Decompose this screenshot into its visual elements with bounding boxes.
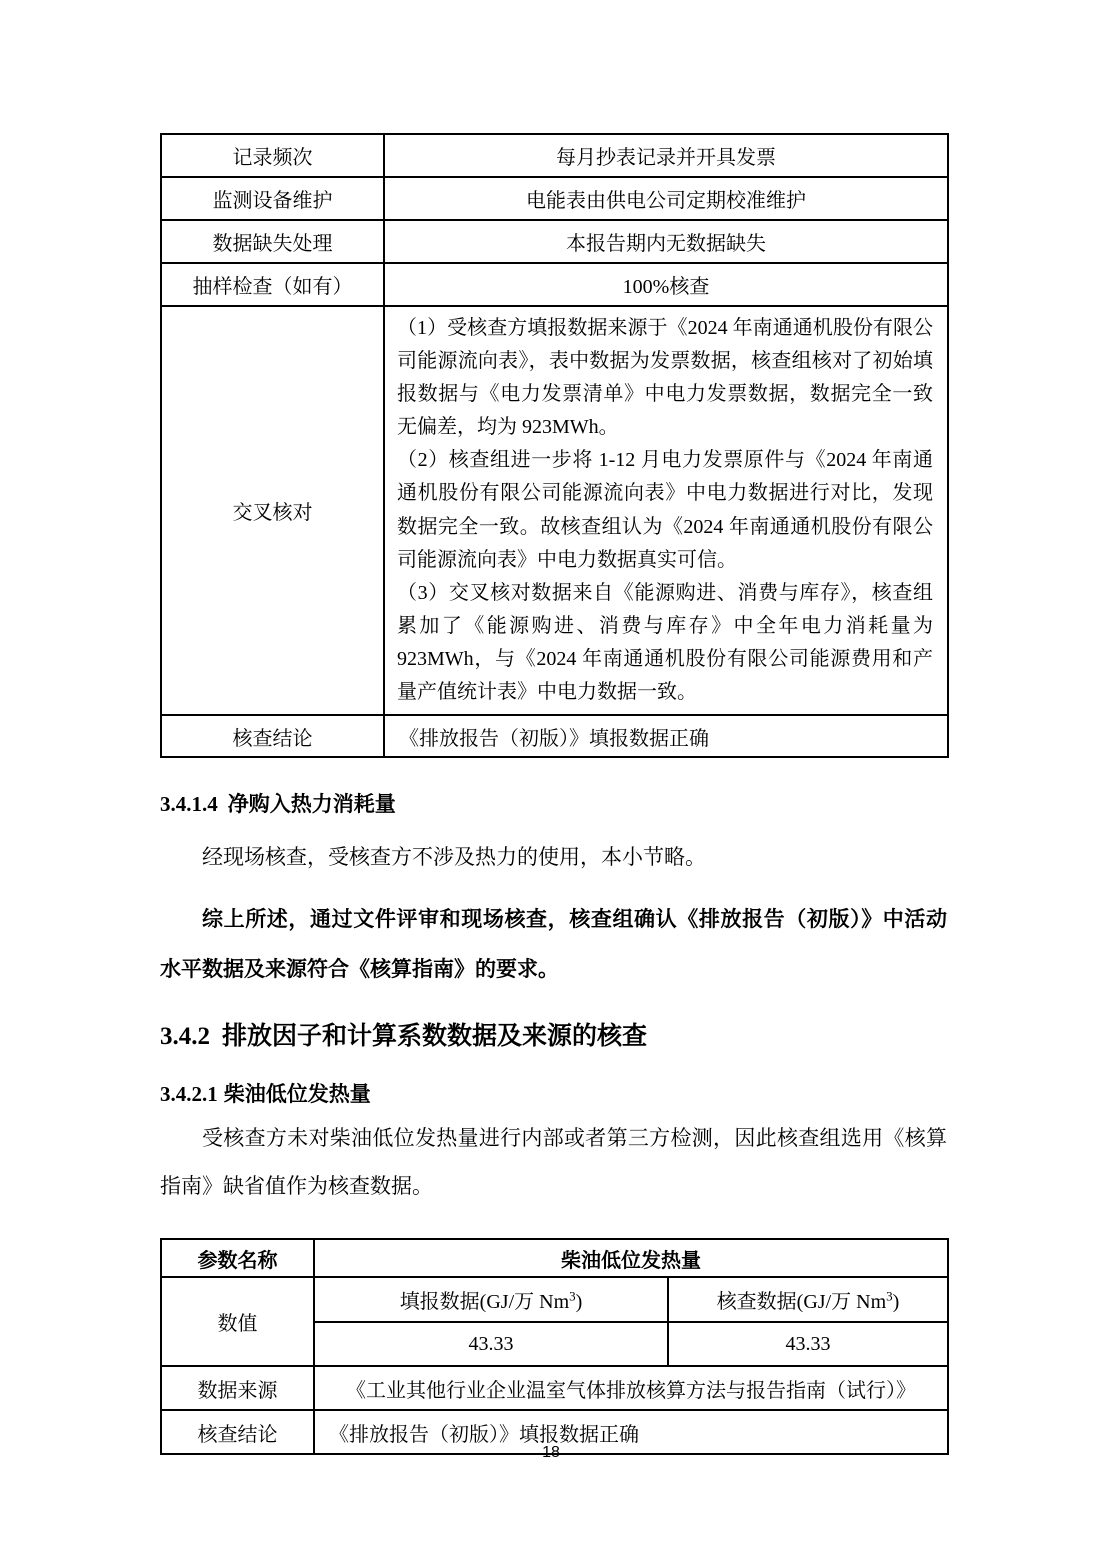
page-number: 18 [0, 1444, 1102, 1462]
cross-check-cell: （1）受核查方填报数据来源于《2024 年南通通机股份有限公司能源流向表》，表中… [384, 306, 948, 715]
table-row-conclusion: 核查结论 《排放报告（初版）》填报数据正确 [161, 715, 948, 757]
row-label: 记录频次 [161, 134, 384, 177]
paragraph-summary: 综上所述，通过文件评审和现场核查，核查组确认《排放报告（初版）》中活动水平数据及… [160, 894, 947, 994]
table-row-headers: 数值 填报数据(GJ/万 Nm3) 核查数据(GJ/万 Nm3) [161, 1277, 948, 1322]
row-label: 监测设备维护 [161, 177, 384, 220]
value-label: 数值 [161, 1277, 314, 1366]
section-title: 排放因子和计算系数数据及来源的核查 [222, 1023, 647, 1050]
header-text: ) [576, 1291, 583, 1313]
param-value: 柴油低位发热量 [314, 1239, 948, 1277]
row-label: 抽样检查（如有） [161, 263, 384, 306]
table-row-param: 参数名称 柴油低位发热量 [161, 1239, 948, 1277]
row-value: 本报告期内无数据缺失 [384, 220, 948, 263]
section-number: 3.4.2.1 [160, 1082, 218, 1106]
verified-data-header: 核查数据(GJ/万 Nm3) [668, 1277, 948, 1322]
row-label: 交叉核对 [161, 306, 384, 715]
header-text: 核查数据(GJ/万 Nm [717, 1291, 886, 1313]
table-row-source: 数据来源 《工业其他行业企业温室气体排放核算方法与报告指南（试行）》 [161, 1366, 948, 1410]
row-value: 100%核查 [384, 263, 948, 306]
row-label: 数据缺失处理 [161, 220, 384, 263]
reported-value: 43.33 [314, 1322, 668, 1366]
paragraph-diesel: 受核查方未对柴油低位发热量进行内部或者第三方检测，因此核查组选用《核算指南》缺省… [160, 1114, 947, 1210]
cross-check-paragraph: （3）交叉核对数据来自《能源购进、消费与库存》，核查组累加了《能源购进、消费与库… [397, 577, 933, 709]
document-page: 记录频次 每月抄表记录并开具发票 监测设备维护 电能表由供电公司定期校准维护 数… [0, 0, 1102, 1559]
section-heading-3421: 3.4.2.1柴油低位发热量 [160, 1078, 947, 1108]
row-label: 核查结论 [161, 715, 384, 757]
cross-check-paragraph: （1）受核查方填报数据来源于《2024 年南通通机股份有限公司能源流向表》，表中… [397, 312, 933, 444]
table-row: 抽样检查（如有） 100%核查 [161, 263, 948, 306]
param-label: 参数名称 [161, 1239, 314, 1277]
row-label: 数据来源 [161, 1366, 314, 1410]
table-row-cross-check: 交叉核对 （1）受核查方填报数据来源于《2024 年南通通机股份有限公司能源流向… [161, 306, 948, 715]
cross-check-paragraph: （2）核查组进一步将 1-12 月电力发票原件与《2024 年南通通机股份有限公… [397, 444, 933, 576]
header-text: ) [893, 1291, 900, 1313]
reported-data-header: 填报数据(GJ/万 Nm3) [314, 1277, 668, 1322]
section-number: 3.4.1.4 [160, 792, 218, 816]
electricity-verification-table: 记录频次 每月抄表记录并开具发票 监测设备维护 电能表由供电公司定期校准维护 数… [160, 133, 949, 758]
section-title: 柴油低位发热量 [224, 1082, 371, 1106]
row-value: 每月抄表记录并开具发票 [384, 134, 948, 177]
table-row: 数据缺失处理 本报告期内无数据缺失 [161, 220, 948, 263]
header-text: 填报数据(GJ/万 Nm [400, 1291, 569, 1313]
page-content: 记录频次 每月抄表记录并开具发票 监测设备维护 电能表由供电公司定期校准维护 数… [160, 0, 947, 1455]
source-value: 《工业其他行业企业温室气体排放核算方法与报告指南（试行）》 [314, 1366, 948, 1410]
section-number: 3.4.2 [160, 1023, 210, 1050]
verified-value: 43.33 [668, 1322, 948, 1366]
section-heading-3414: 3.4.1.4净购入热力消耗量 [160, 788, 947, 818]
section-title: 净购入热力消耗量 [228, 792, 396, 816]
table-row: 监测设备维护 电能表由供电公司定期校准维护 [161, 177, 948, 220]
paragraph-heat: 经现场核查，受核查方不涉及热力的使用，本小节略。 [160, 832, 947, 882]
table-row: 记录频次 每月抄表记录并开具发票 [161, 134, 948, 177]
row-value: 《排放报告（初版）》填报数据正确 [384, 715, 948, 757]
diesel-heating-value-table: 参数名称 柴油低位发热量 数值 填报数据(GJ/万 Nm3) 核查数据(GJ/万… [160, 1238, 949, 1455]
section-heading-342: 3.4.2排放因子和计算系数数据及来源的核查 [160, 1016, 947, 1052]
row-value: 电能表由供电公司定期校准维护 [384, 177, 948, 220]
